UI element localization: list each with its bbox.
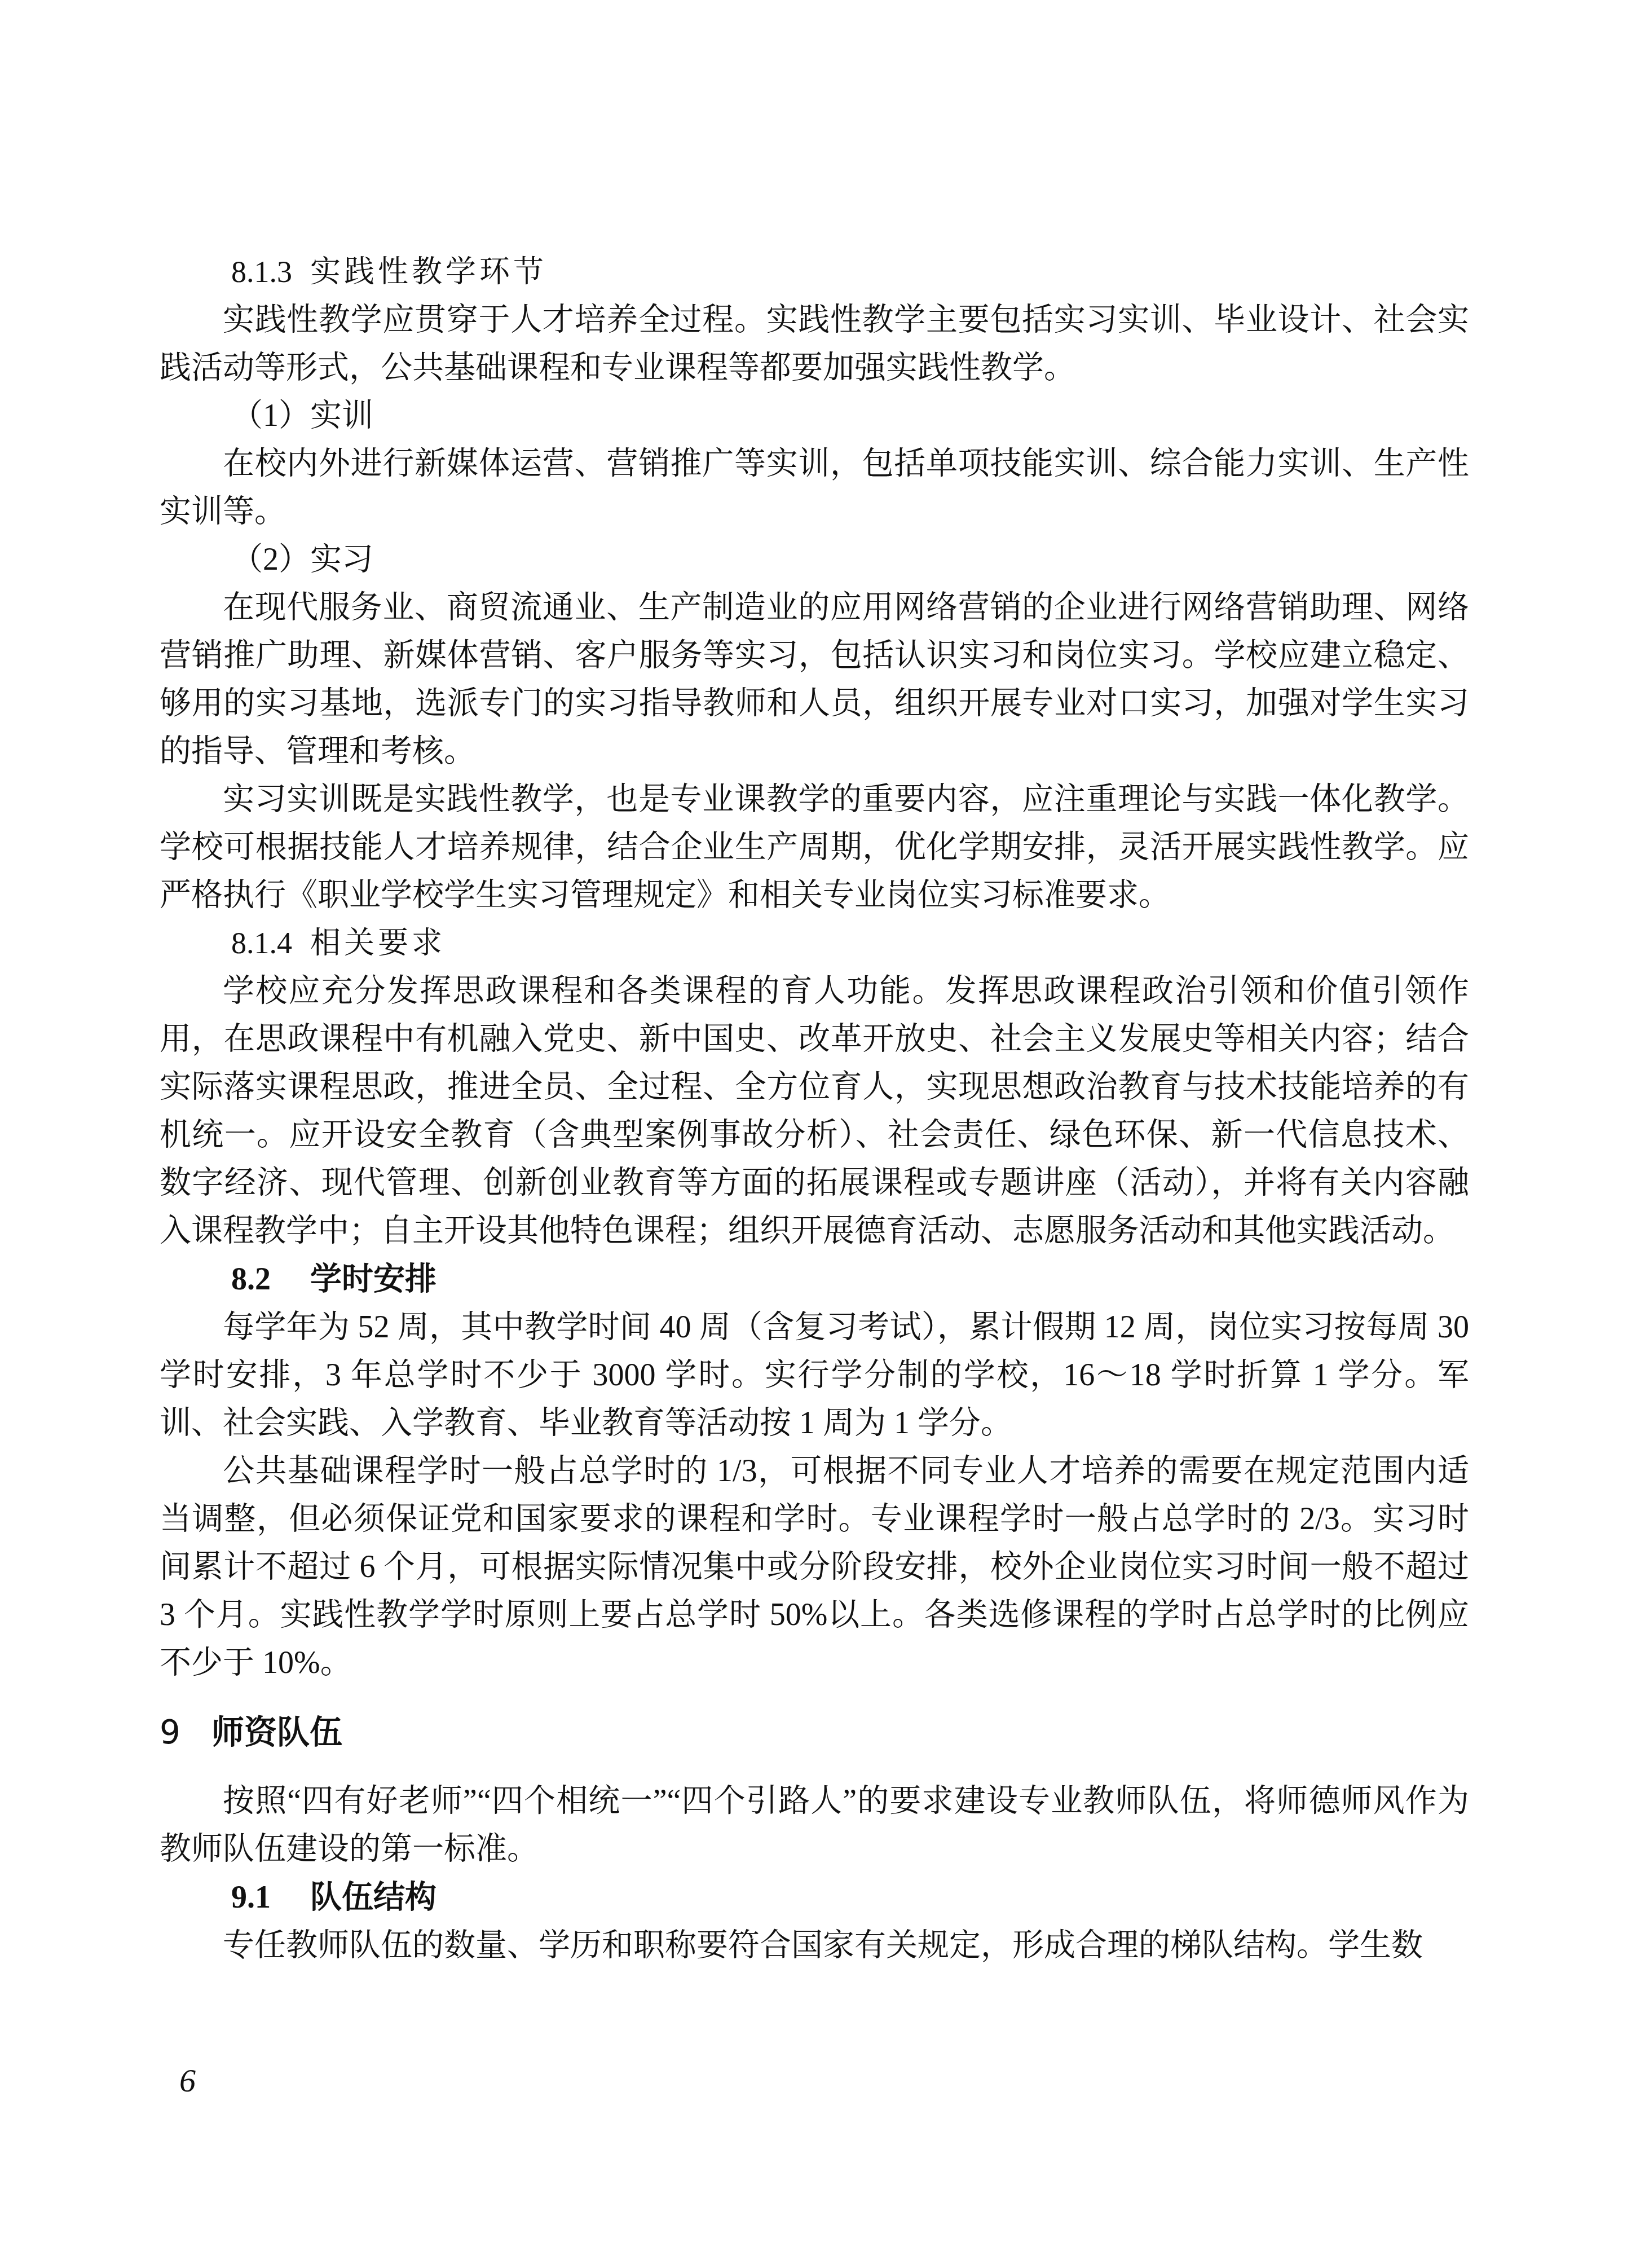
paragraph-team-structure: 专任教师队伍的数量、学历和职称要符合国家有关规定，形成合理的梯队结构。学生数 [160, 1922, 1469, 1970]
paragraph-internship: 在现代服务业、商贸流通业、生产制造业的应用网络营销的企业进行网络营销助理、网络营… [160, 584, 1469, 776]
paragraph-practical-teaching: 实践性教学应贯穿于人才培养全过程。实践性教学主要包括实习实训、毕业设计、社会实践… [160, 296, 1469, 392]
paragraph-schedule-ratio: 公共基础课程学时一般占总学时的 1/3，可根据不同专业人才培养的需要在规定范围内… [160, 1447, 1469, 1687]
heading-8-1-4: 8.1.4相关要求 [160, 919, 1469, 967]
paragraph-faculty: 按照“四有好老师”“四个相统一”“四个引路人”的要求建设专业教师队伍，将师德师风… [160, 1777, 1469, 1873]
paragraph-schedule-weeks: 每学年为 52 周，其中教学时间 40 周（含复习考试），累计假期 12 周，岗… [160, 1303, 1469, 1447]
paragraph-training: 在校内外进行新媒体运营、营销推广等实训，包括单项技能实训、综合能力实训、生产性实… [160, 440, 1469, 536]
heading-9-1: 9.1队伍结构 [160, 1873, 1469, 1922]
heading-8-1-3: 8.1.3实践性教学环节 [160, 248, 1469, 296]
subheading-internship: （2）实习 [160, 536, 1469, 584]
heading-8-2: 8.2学时安排 [160, 1255, 1469, 1303]
paragraph-related-requirements: 学校应充分发挥思政课程和各类课程的育人功能。发挥思政课程政治引领和价值引领作用，… [160, 967, 1469, 1255]
heading-9: 9师资队伍 [160, 1704, 1469, 1760]
page-number: 6 [179, 2062, 196, 2099]
paragraph-internship-training: 实习实训既是实践性教学，也是专业课教学的重要内容，应注重理论与实践一体化教学。学… [160, 776, 1469, 919]
document-page: 8.1.3实践性教学环节 实践性教学应贯穿于人才培养全过程。实践性教学主要包括实… [160, 248, 1469, 1970]
subheading-training: （1）实训 [160, 392, 1469, 440]
